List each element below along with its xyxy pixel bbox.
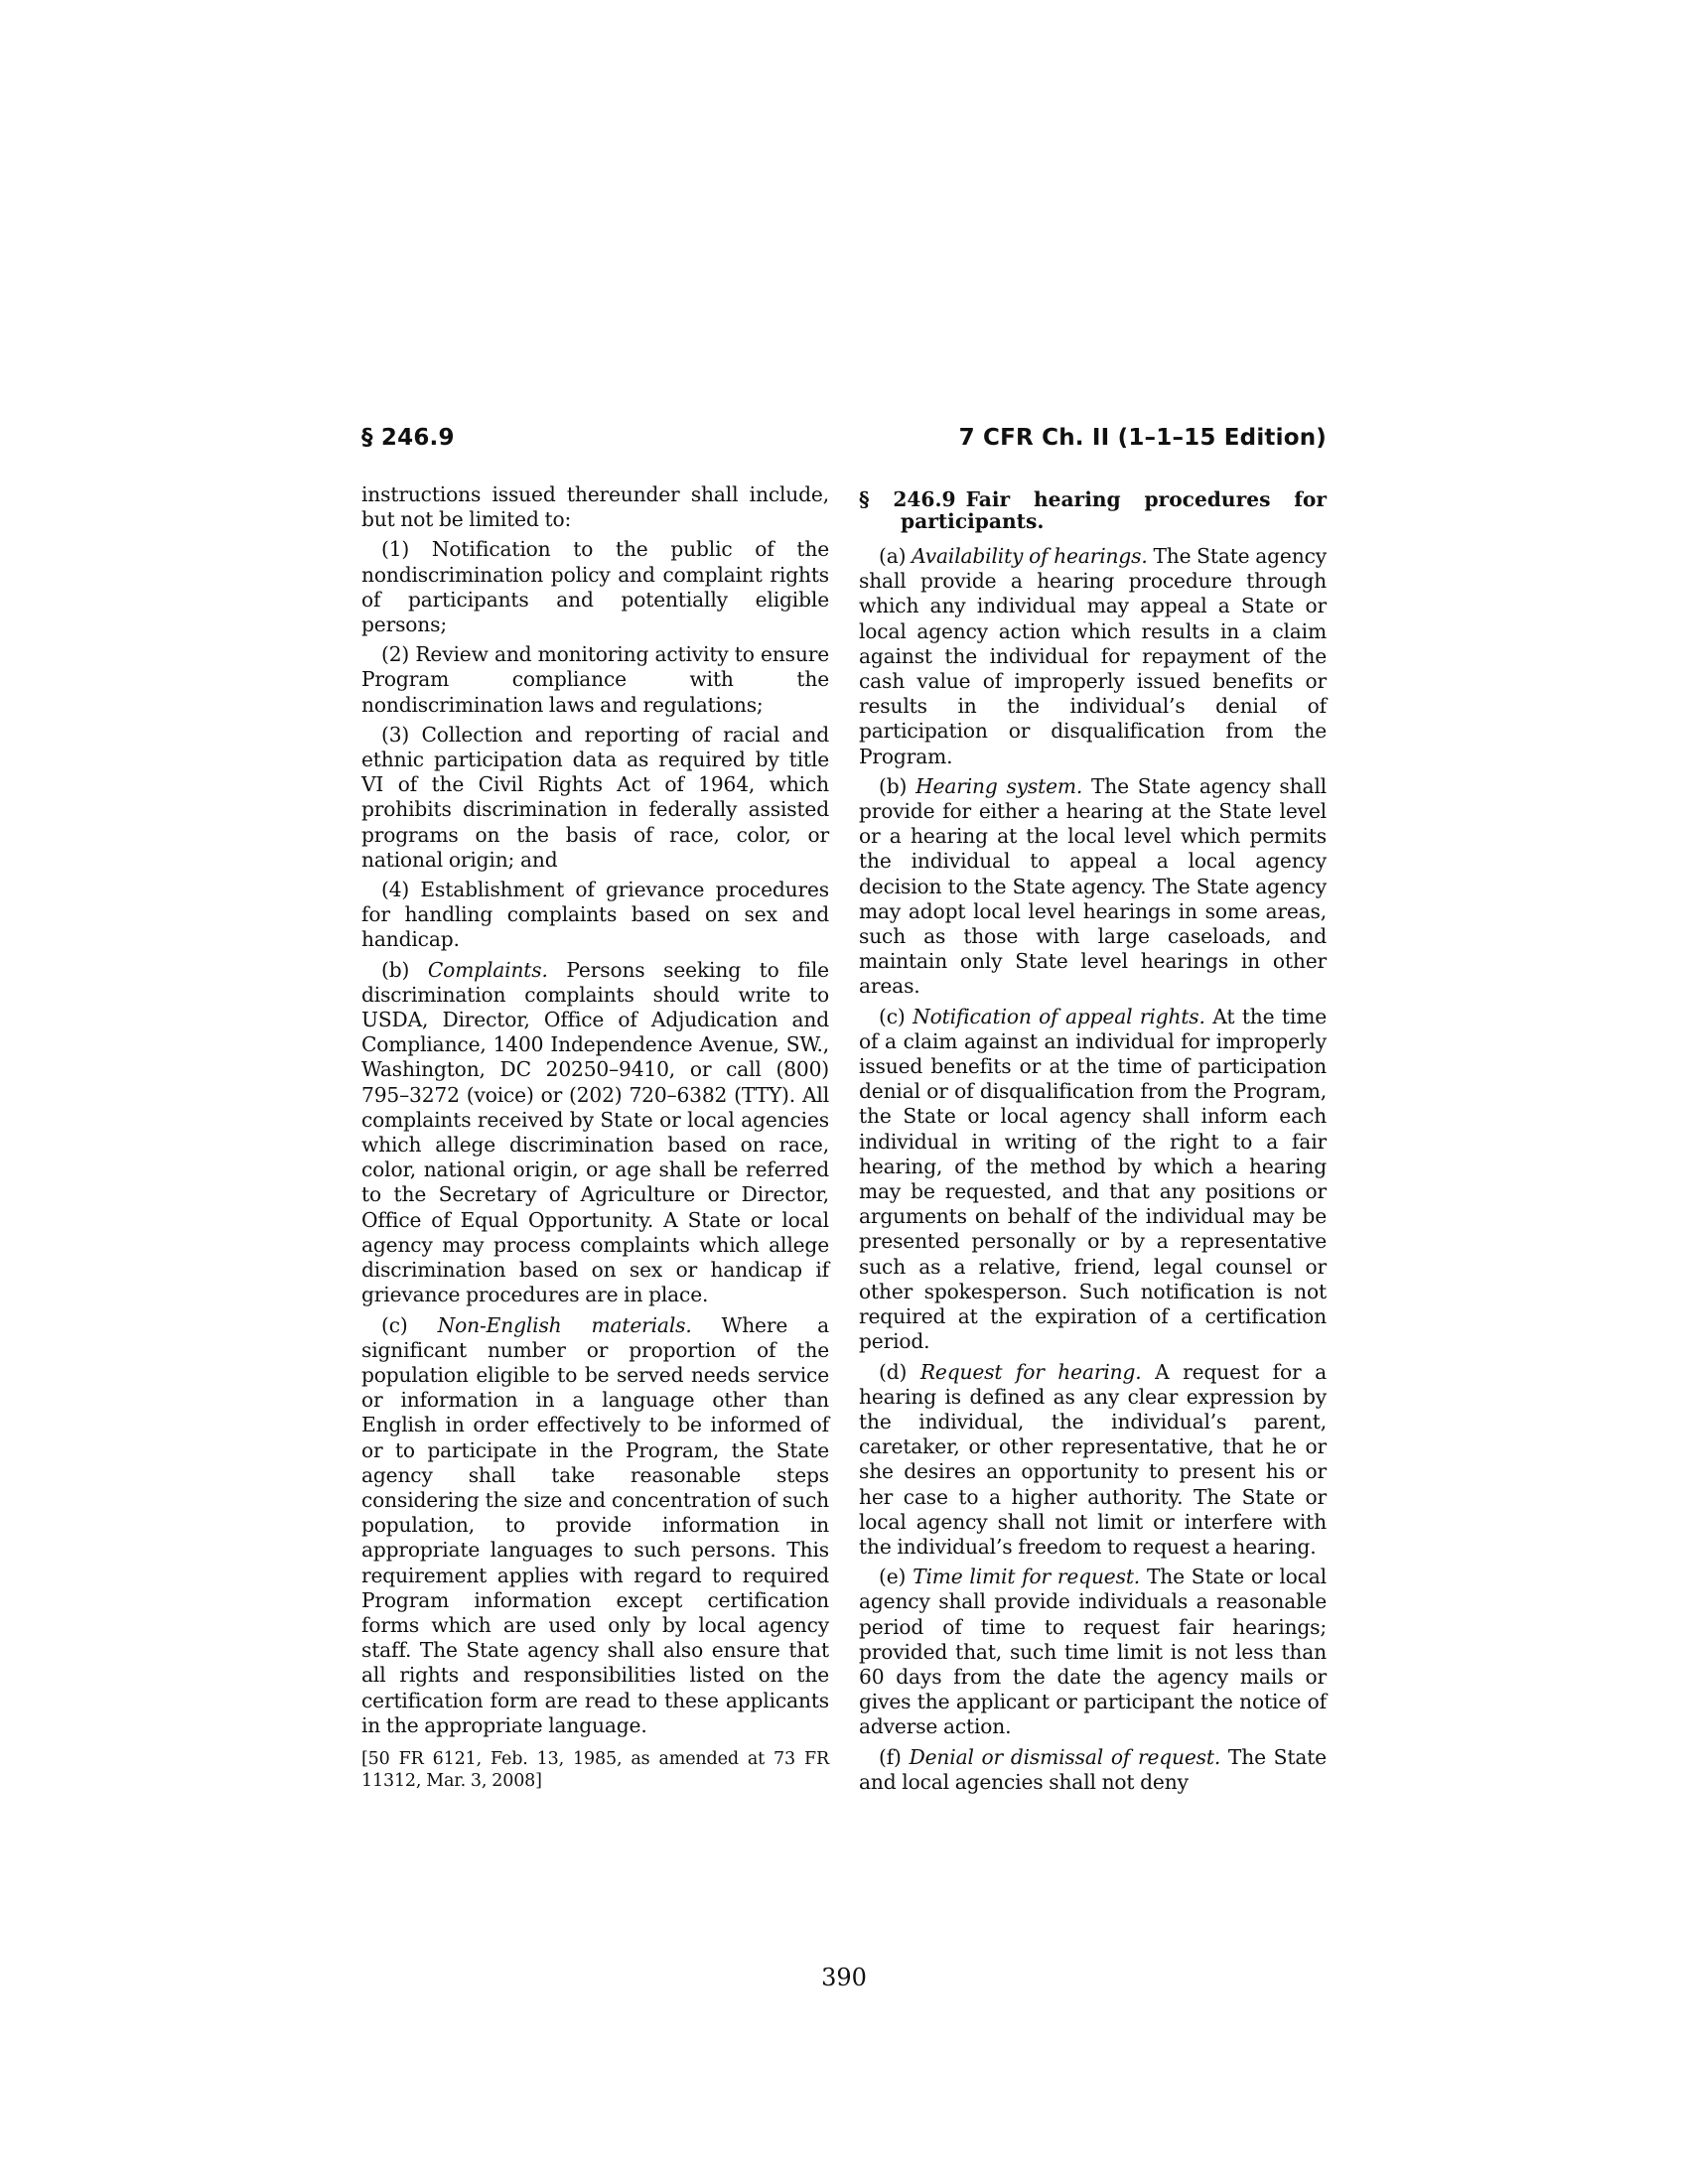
paragraph-complaints: (b) Complaints. Persons seeking to file … bbox=[361, 958, 829, 1308]
list-item: (4) Establishment of grievance procedure… bbox=[361, 878, 829, 953]
section-title: Fair hearing procedures for participants… bbox=[901, 487, 1327, 533]
paragraph-request-for-hearing: (d) Request for hearing. A request for a… bbox=[859, 1360, 1327, 1561]
header-section-ref: § 246.9 bbox=[361, 425, 455, 451]
paragraph-label: (d) bbox=[879, 1360, 907, 1384]
paragraph-title: Request for hearing. bbox=[920, 1360, 1142, 1384]
paragraph-text: A request for a hearing is defined as an… bbox=[859, 1360, 1327, 1559]
intro-paragraph: instructions issued thereunder shall inc… bbox=[361, 482, 829, 532]
paragraph-label: (b) bbox=[381, 958, 409, 982]
paragraph-hearing-system: (b) Hearing system. The State agency sha… bbox=[859, 774, 1327, 1000]
paragraph-title: Denial or dismissal of request. bbox=[910, 1745, 1221, 1769]
paragraph-title: Availability of hearings. bbox=[912, 544, 1148, 568]
paragraph-title: Notification of appeal rights. bbox=[913, 1005, 1205, 1028]
paragraph-text: The State or local agency shall provide … bbox=[859, 1565, 1327, 1738]
paragraph-label: (c) bbox=[879, 1005, 906, 1028]
list-item: (2) Review and monitoring activity to en… bbox=[361, 642, 829, 718]
left-column: instructions issued thereunder shall inc… bbox=[361, 482, 829, 1809]
paragraph-label: (b) bbox=[879, 774, 907, 798]
paragraph-title: Hearing system. bbox=[915, 774, 1082, 798]
paragraph-label: (f) bbox=[879, 1745, 902, 1769]
source-citation: [50 FR 6121, Feb. 13, 1985, as amended a… bbox=[361, 1748, 829, 1792]
paragraph-non-english-materials: (c) Non-English materials. Where a signi… bbox=[361, 1313, 829, 1738]
paragraph-title: Time limit for request. bbox=[913, 1565, 1140, 1588]
paragraph-denial-or-dismissal: (f) Denial or dismissal of request. The … bbox=[859, 1745, 1327, 1795]
section-number: § 246.9 bbox=[859, 487, 956, 511]
header-publication: 7 CFR Ch. II (1–1–15 Edition) bbox=[959, 425, 1327, 451]
right-column: § 246.9Fair hearing procedures for parti… bbox=[859, 482, 1327, 1800]
paragraph-time-limit-for-request: (e) Time limit for request. The State or… bbox=[859, 1565, 1327, 1739]
paragraph-text: Persons seeking to file discrimination c… bbox=[361, 958, 829, 1307]
paragraph-availability-of-hearings: (a) Availability of hearings. The State … bbox=[859, 544, 1327, 769]
page-number: 390 bbox=[0, 1964, 1688, 1991]
paragraph-title: Complaints. bbox=[428, 958, 548, 982]
paragraph-label: (e) bbox=[879, 1565, 906, 1588]
paragraph-label: (c) bbox=[381, 1313, 408, 1337]
paragraph-notification-of-appeal-rights: (c) Notification of appeal rights. At th… bbox=[859, 1005, 1327, 1355]
section-heading: § 246.9Fair hearing procedures for parti… bbox=[859, 488, 1327, 532]
paragraph-text: At the time of a claim against an indivi… bbox=[859, 1005, 1327, 1354]
list-item: (3) Collection and reporting of racial a… bbox=[361, 723, 829, 873]
list-item: (1) Notification to the public of the no… bbox=[361, 537, 829, 637]
page-header: § 246.9 7 CFR Ch. II (1–1–15 Edition) bbox=[361, 425, 1327, 461]
paragraph-text: Where a significant number or proportion… bbox=[361, 1313, 829, 1737]
paragraph-label: (a) bbox=[879, 544, 906, 568]
paragraph-title: Non-English materials. bbox=[438, 1313, 692, 1337]
paragraph-text: The State agency shall provide a hearing… bbox=[859, 544, 1327, 768]
paragraph-text: The State agency shall provide for eithe… bbox=[859, 774, 1327, 999]
